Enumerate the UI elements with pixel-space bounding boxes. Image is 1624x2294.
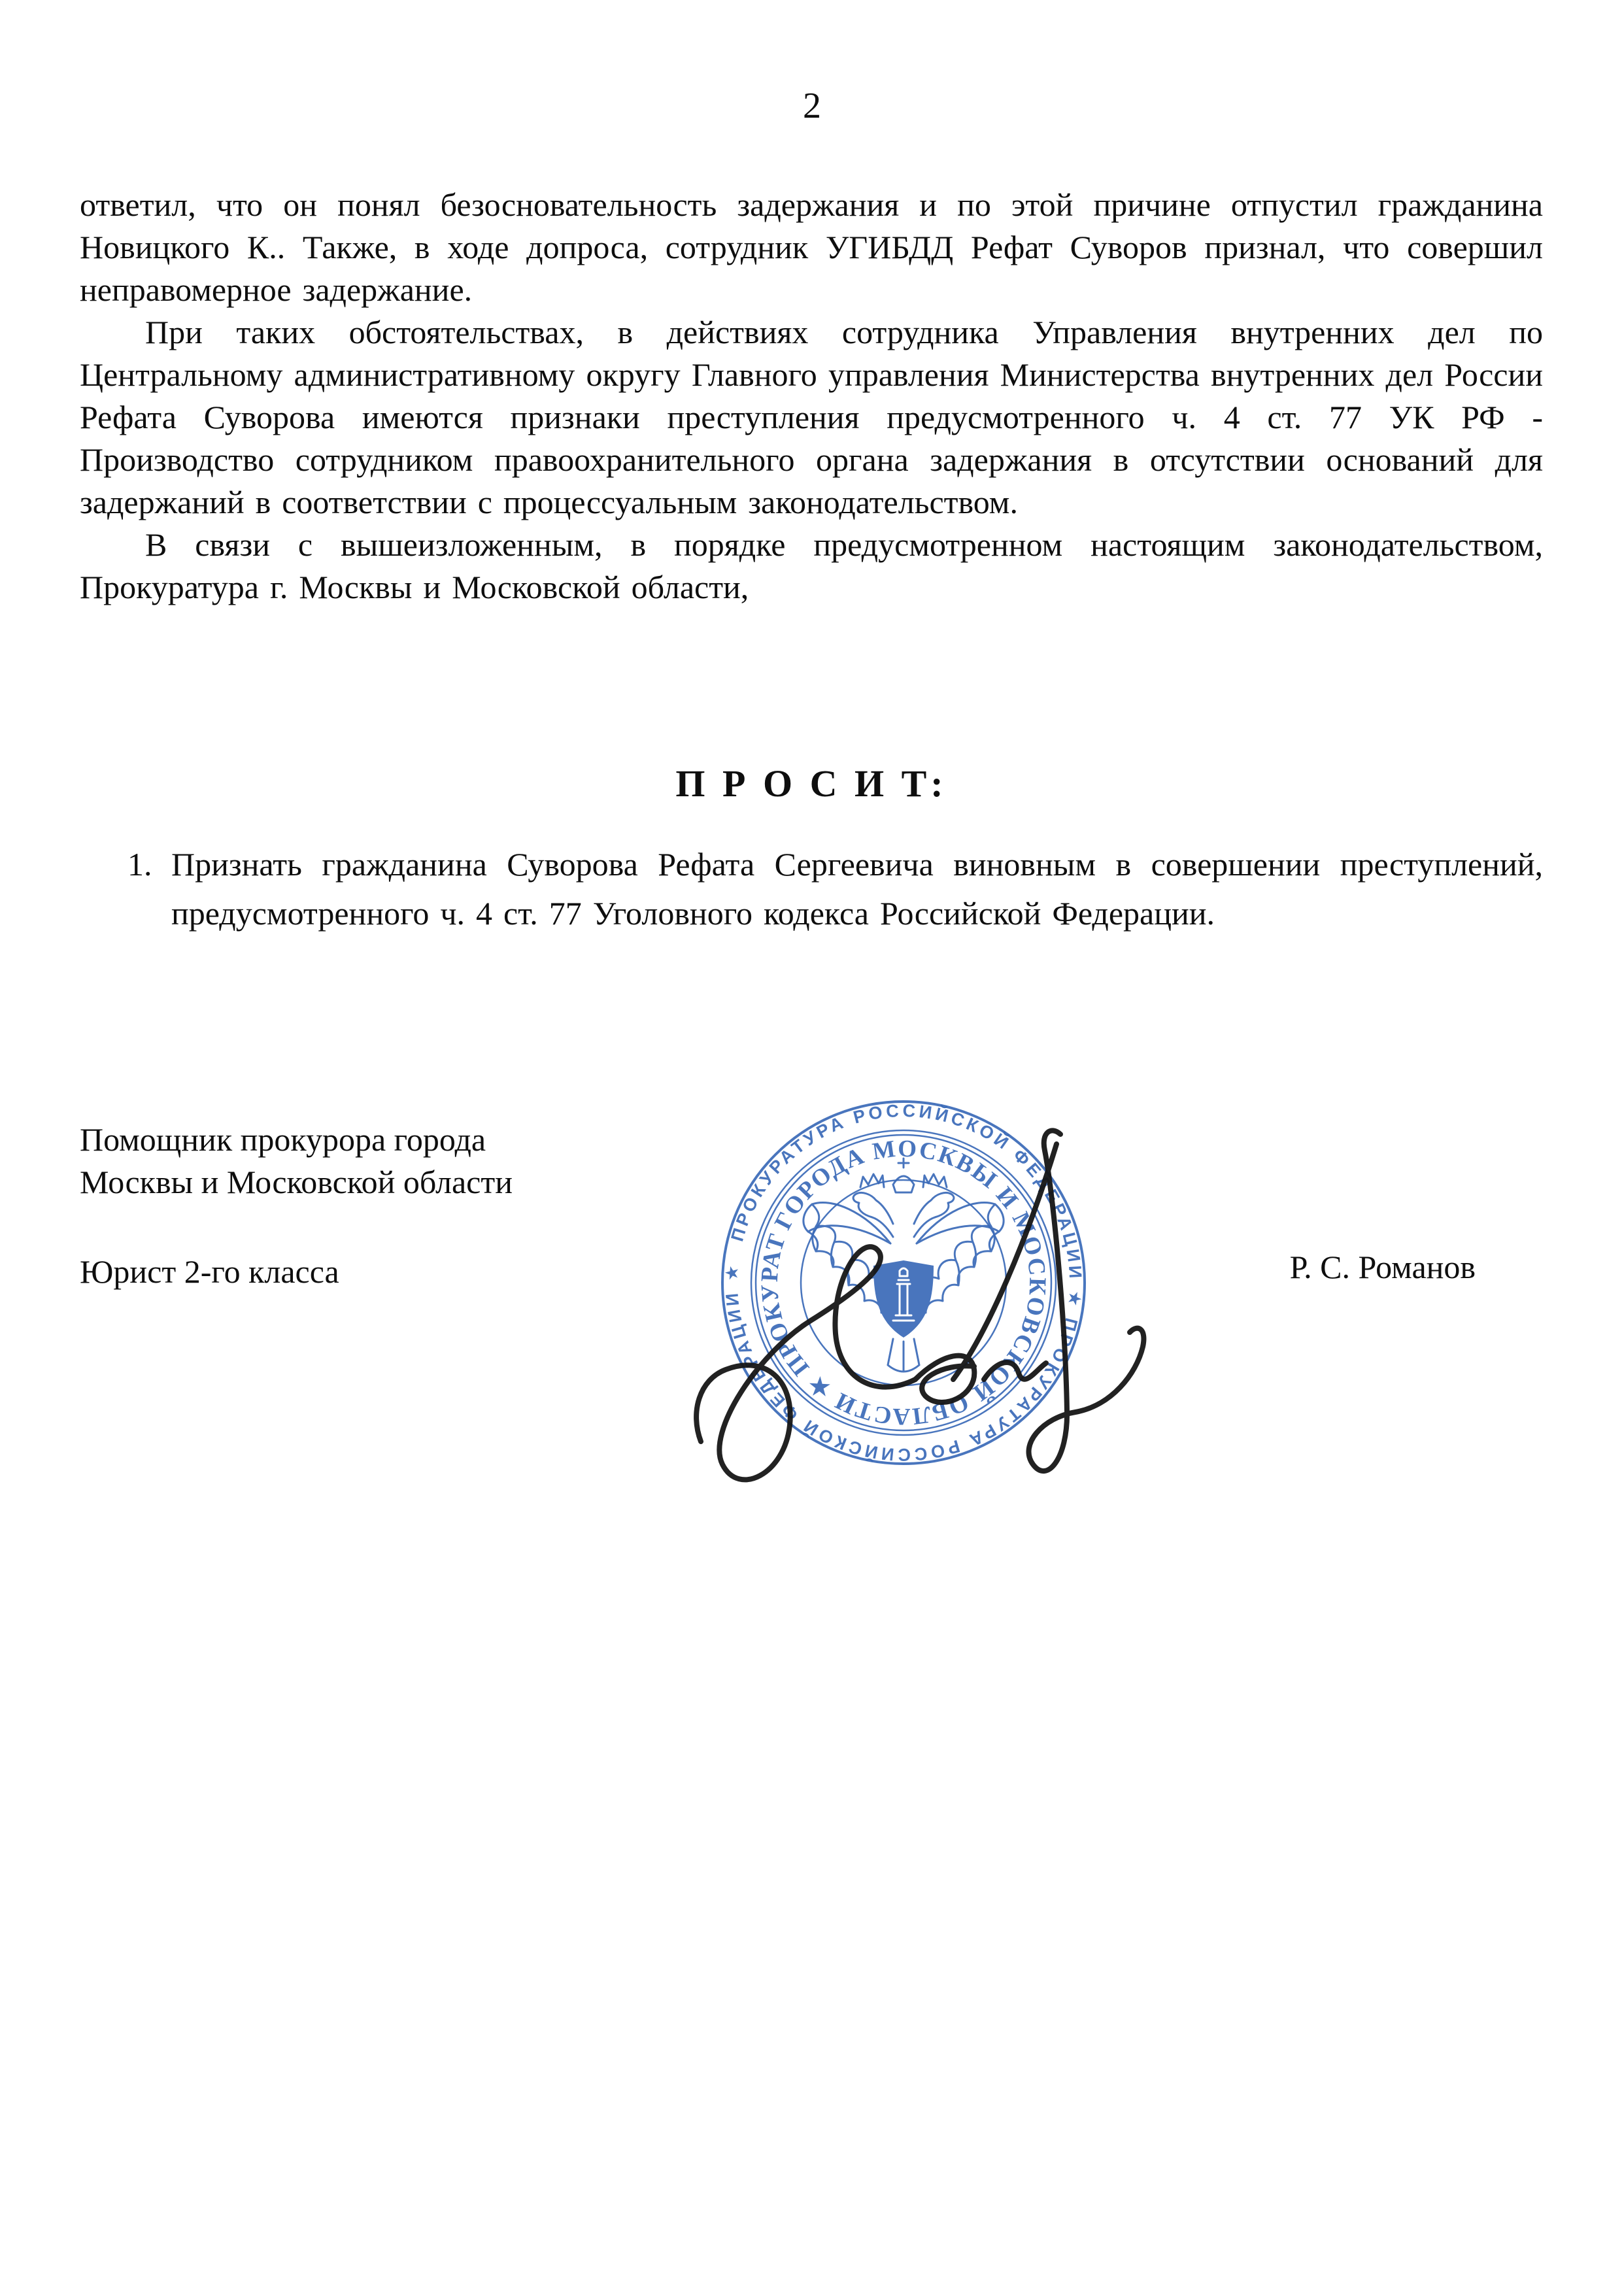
paragraph-1: ответил, что он понял безосновательность… bbox=[80, 184, 1543, 311]
signature-block: Помощник прокурора города Москвы и Моско… bbox=[80, 1119, 668, 1293]
signer-rank: Юрист 2-го класса bbox=[80, 1251, 668, 1293]
list-item-text: Признать гражданина Суворова Рефата Серг… bbox=[171, 840, 1543, 938]
paragraph-3: В связи с вышеизложенным, в порядке пред… bbox=[80, 524, 1543, 609]
prosecutor-stamp-seal: ПРОКУРАТУРА РОССИЙСКОЙ ФЕДЕРАЦИИ ★ ПРОКУ… bbox=[660, 1072, 1170, 1556]
list-item-marker: 1. bbox=[127, 840, 171, 889]
page-number: 2 bbox=[0, 85, 1624, 127]
signer-position-line1: Помощник прокурора города bbox=[80, 1119, 668, 1161]
petition-list-item: 1. Признать гражданина Суворова Рефата С… bbox=[127, 840, 1543, 938]
paragraph-2: При таких обстоятельствах, в действиях с… bbox=[80, 311, 1543, 524]
body-text: ответил, что он понял безосновательность… bbox=[80, 184, 1543, 609]
signer-name: Р. С. Романов bbox=[1290, 1246, 1476, 1289]
double-headed-eagle-icon bbox=[804, 1158, 1004, 1372]
document-page: 2 ответил, что он понял безосновательнос… bbox=[0, 0, 1624, 2294]
petition-heading: П Р О С И Т: bbox=[80, 762, 1543, 805]
signer-position-line2: Москвы и Московской области bbox=[80, 1161, 668, 1204]
stamp-and-signature: ПРОКУРАТУРА РОССИЙСКОЙ ФЕДЕРАЦИИ ★ ПРОКУ… bbox=[660, 1072, 1170, 1556]
